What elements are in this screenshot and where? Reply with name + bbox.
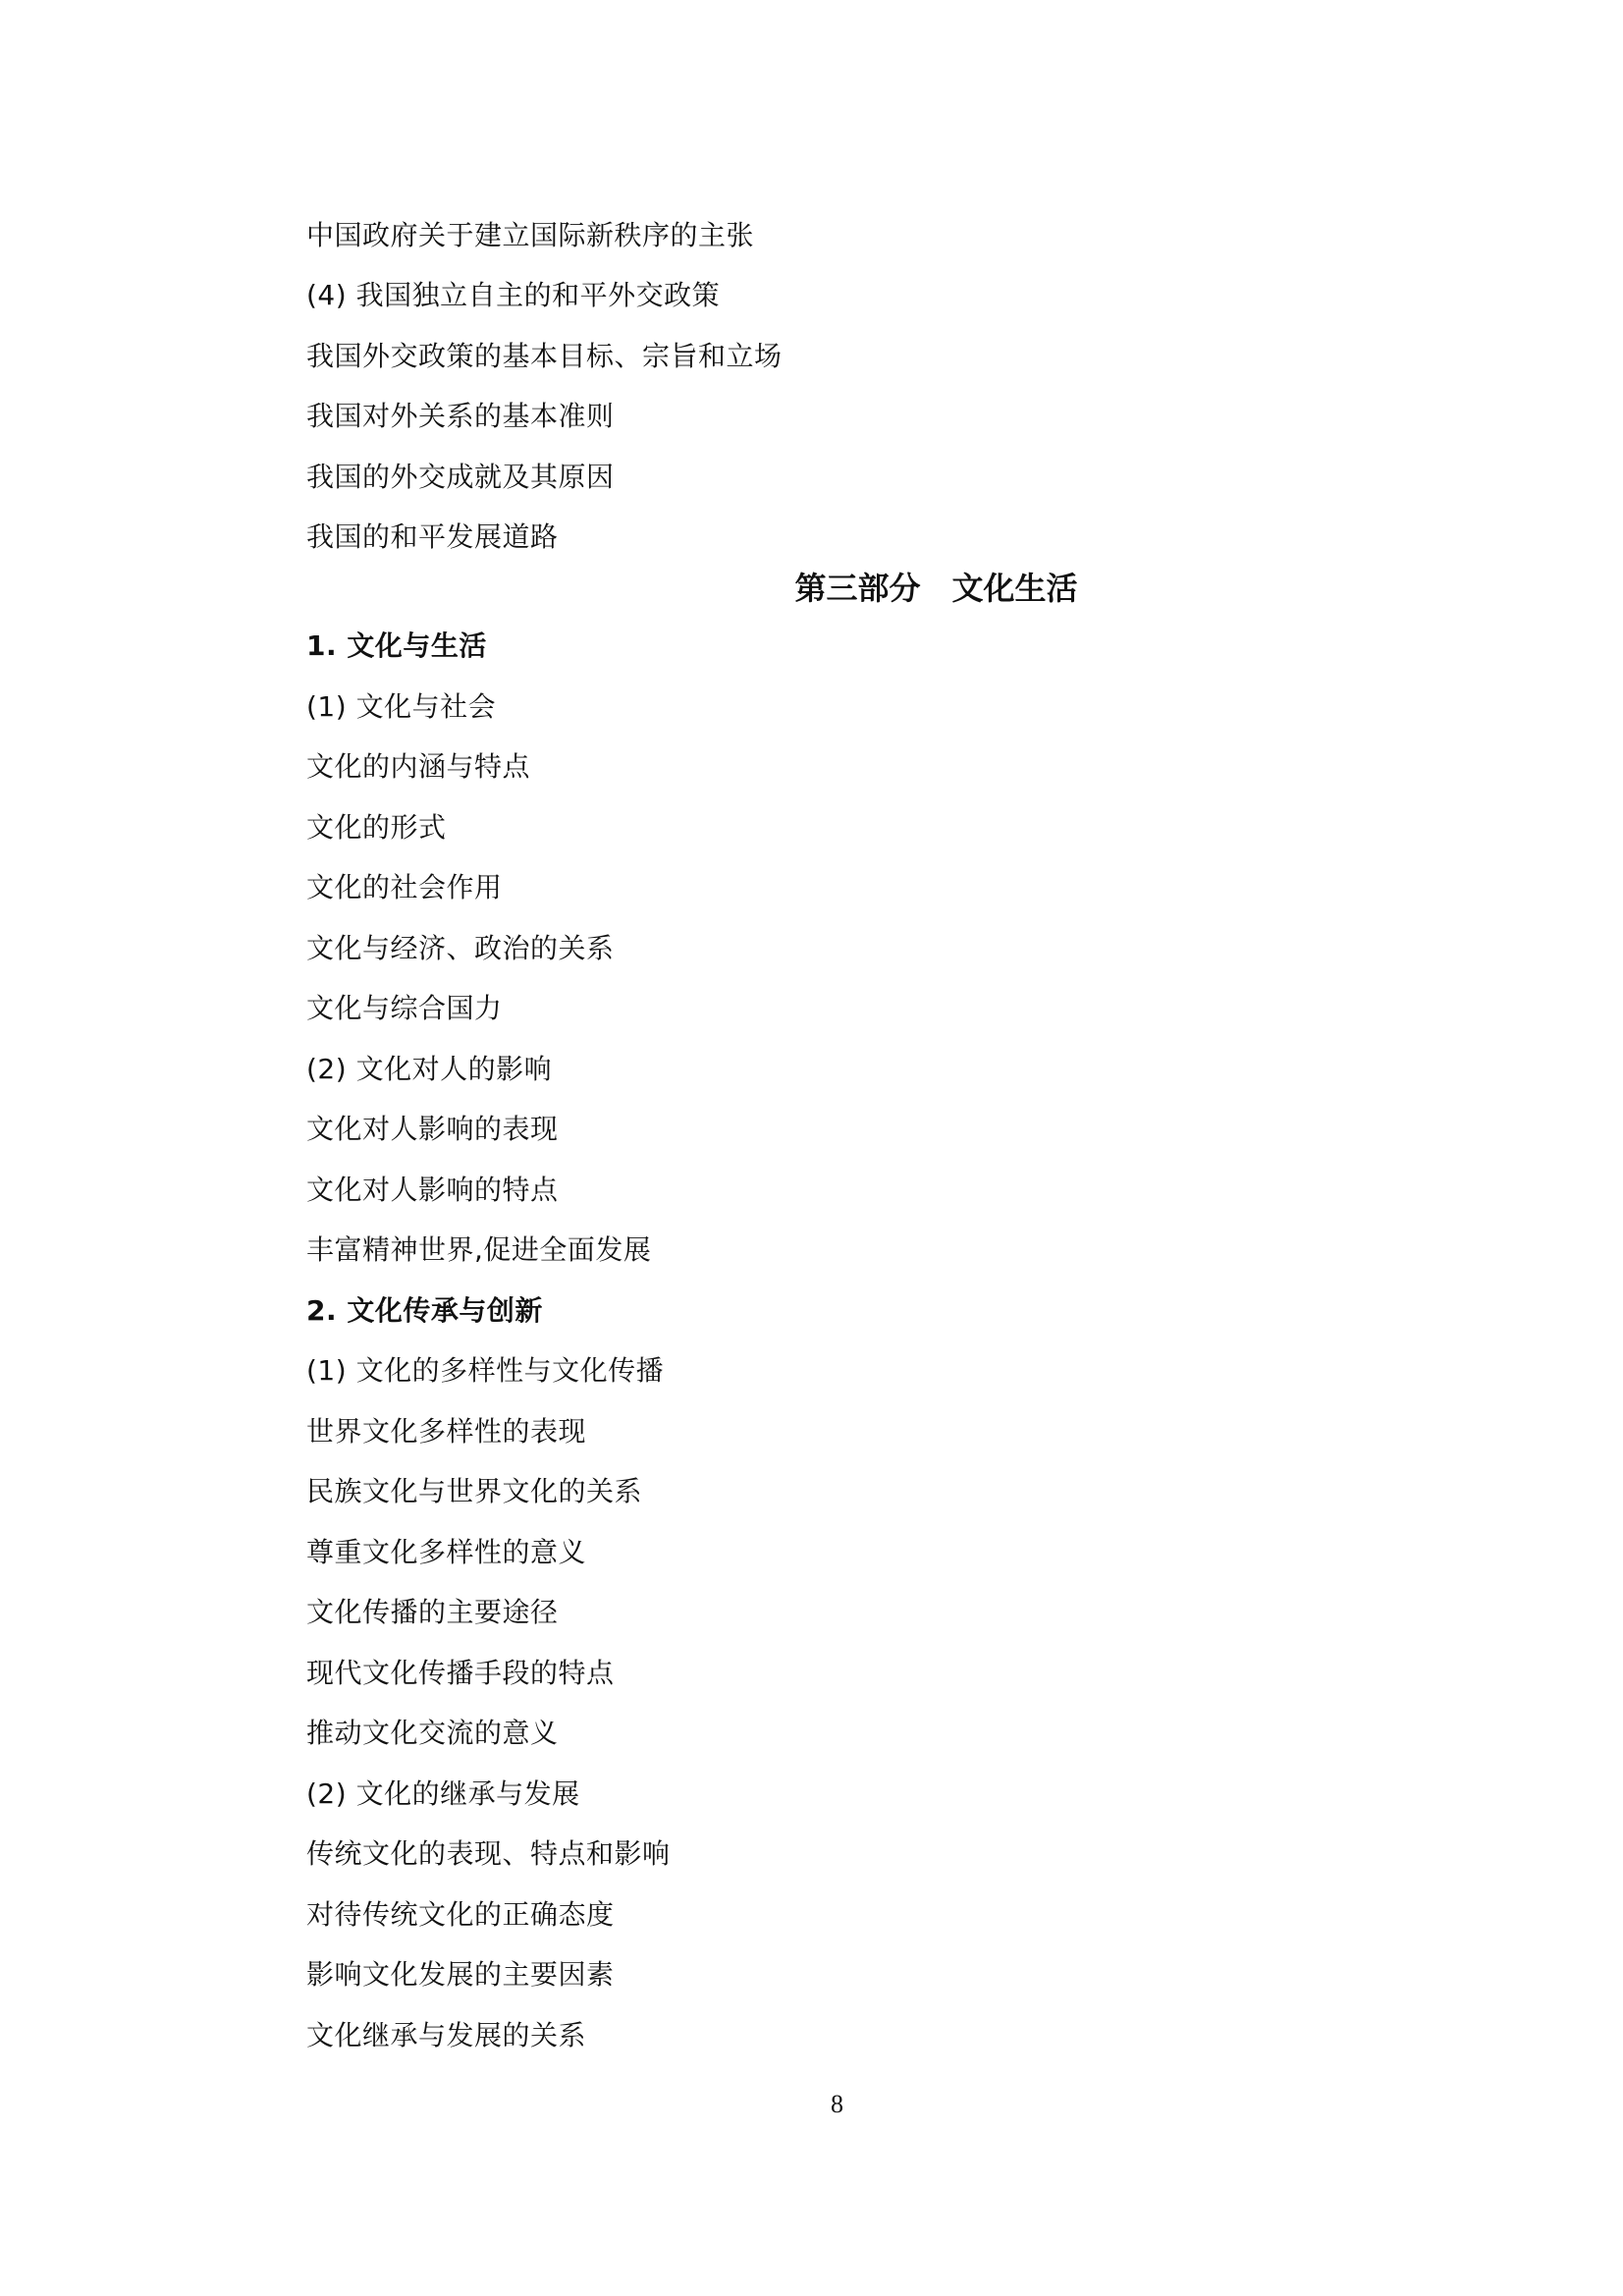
section-heading: 第三部分 文化生活 [0, 571, 1623, 606]
outline-subsection: (2) 文化对人的影响 [306, 1054, 552, 1085]
document-page: 中国政府关于建立国际新秩序的主张 (4) 我国独立自主的和平外交政策 我国外交政… [0, 0, 1623, 2296]
outline-line: 文化对人影响的表现 [306, 1114, 559, 1145]
outline-line: 我国的和平发展道路 [306, 521, 559, 553]
outline-line: 文化与经济、政治的关系 [306, 933, 615, 964]
outline-line: 民族文化与世界文化的关系 [306, 1476, 642, 1507]
outline-line: 文化与综合国力 [306, 993, 503, 1024]
outline-line: 丰富精神世界,促进全面发展 [306, 1234, 651, 1266]
outline-line: 世界文化多样性的表现 [306, 1416, 586, 1448]
outline-line: 文化对人影响的特点 [306, 1175, 559, 1206]
outline-line: 对待传统文化的正确态度 [306, 1899, 615, 1931]
outline-line: 现代文化传播手段的特点 [306, 1658, 615, 1689]
outline-line: 文化的社会作用 [306, 872, 503, 903]
outline-line: 文化的形式 [306, 812, 447, 844]
outline-subsection: (1) 文化的多样性与文化传播 [306, 1355, 664, 1387]
page-number: 8 [0, 2090, 1623, 2119]
outline-chapter: 1. 文化与生活 [306, 630, 487, 662]
outline-line: 推动文化交流的意义 [306, 1718, 559, 1749]
outline-chapter: 2. 文化传承与创新 [306, 1295, 543, 1327]
outline-line: 我国外交政策的基本目标、宗旨和立场 [306, 341, 783, 372]
outline-subsection: (4) 我国独立自主的和平外交政策 [306, 280, 720, 311]
outline-subsection: (1) 文化与社会 [306, 691, 496, 723]
outline-line: 文化的内涵与特点 [306, 751, 530, 783]
outline-line: 我国的外交成就及其原因 [306, 462, 615, 493]
outline-line: 尊重文化多样性的意义 [306, 1537, 586, 1568]
outline-line: 影响文化发展的主要因素 [306, 1959, 615, 1991]
outline-line: 文化继承与发展的关系 [306, 2020, 586, 2051]
outline-line: 文化传播的主要途径 [306, 1597, 559, 1628]
outline-line: 中国政府关于建立国际新秩序的主张 [306, 220, 754, 251]
outline-line: 传统文化的表现、特点和影响 [306, 1838, 671, 1870]
outline-line: 我国对外关系的基本准则 [306, 401, 615, 432]
outline-subsection: (2) 文化的继承与发展 [306, 1778, 580, 1810]
